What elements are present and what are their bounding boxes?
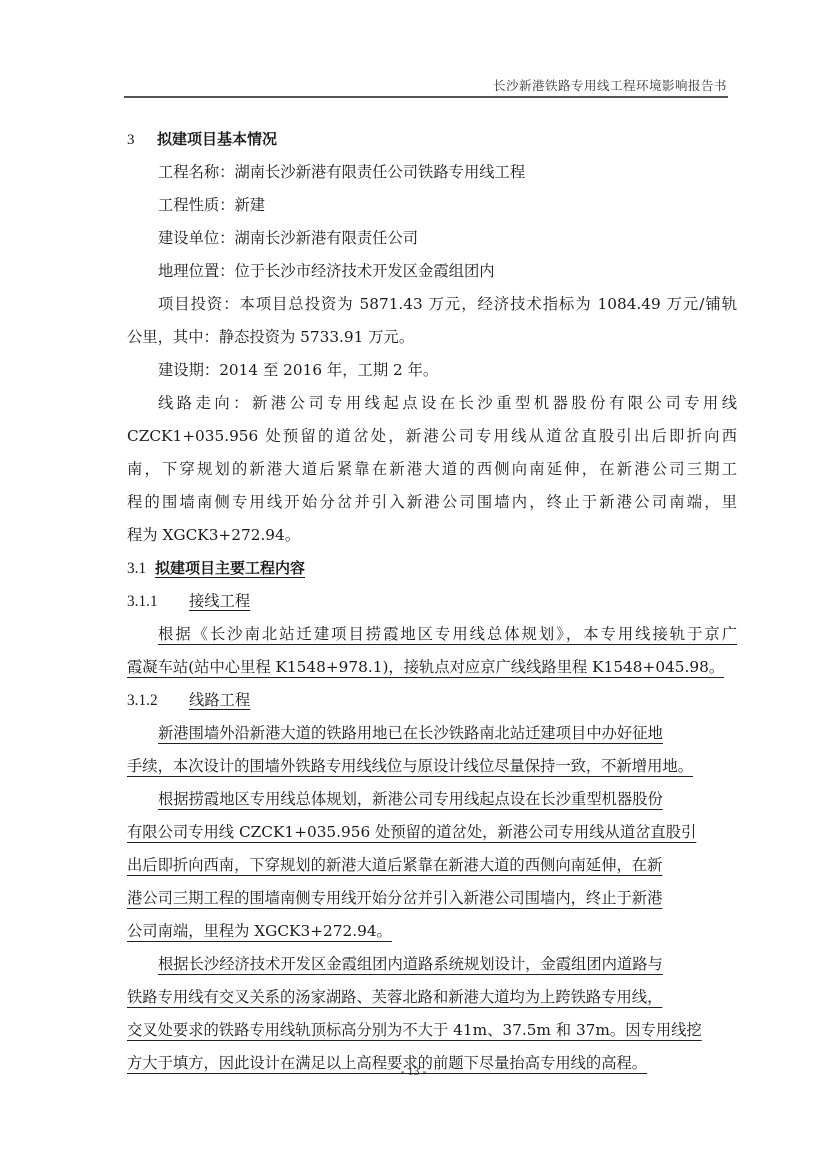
field-builder: 建设单位：湖南长沙新港有限责任公司 xyxy=(127,222,737,255)
section-heading-3-1: 3.1拟建项目主要工程内容 xyxy=(127,552,737,585)
underlined-text: 有限公司专用线 CZCK1+035.956 处预留的道岔处，新港公司专用线从道岔… xyxy=(127,823,696,841)
section-title: 接线工程 xyxy=(189,592,250,610)
section-heading-3: 3拟建项目基本情况 xyxy=(127,123,737,156)
field-project-name: 工程名称：湖南长沙新港有限责任公司铁路专用线工程 xyxy=(127,156,737,189)
underlined-text: 新港围墙外沿新港大道的铁路用地已在长沙铁路南北站迁建项目中办好征地 xyxy=(158,724,663,742)
underlined-text: 公司南端，里程为 XGCK3+272.94。 xyxy=(127,922,392,940)
underlined-text: 铁路专用线有交叉关系的汤家湖路、芙蓉北路和新港大道均为上跨铁路专用线， xyxy=(127,988,662,1006)
investment-line-2: 公里，其中：静态投资为 5733.91 万元。 xyxy=(127,321,737,354)
route-work-p2-line-5: 公司南端，里程为 XGCK3+272.94。 xyxy=(127,915,737,948)
underlined-text: 交叉处要求的铁路专用线轨顶标高分别为不大于 41m、37.5m 和 37m。因专… xyxy=(127,1021,702,1039)
route-line-3: 南，下穿规划的新港大道后紧靠在新港大道的西侧向南延伸，在新港公司三期工 xyxy=(127,453,737,486)
running-header: 长沙新港铁路专用线工程环境影响报告书 xyxy=(124,76,727,94)
underlined-text: 根据《长沙南北站迁建项目捞霞地区专用线总体规划》，本专用线接轨于京广 xyxy=(158,625,737,643)
document-page: 长沙新港铁路专用线工程环境影响报告书 3拟建项目基本情况 工程名称：湖南长沙新港… xyxy=(0,0,827,1169)
route-work-p3-line-1: 根据长沙经济技术开发区金霞组团内道路系统规划设计，金霞组团内道路与 xyxy=(127,948,737,981)
section-heading-3-1-2: 3.1.2线路工程 xyxy=(127,684,737,717)
underlined-text: 港公司三期工程的围墙南侧专用线开始分岔并引入新港公司围墙内，终止于新港 xyxy=(127,889,662,907)
route-work-p2-line-4: 港公司三期工程的围墙南侧专用线开始分岔并引入新港公司围墙内，终止于新港 xyxy=(127,882,737,915)
connection-line-1: 根据《长沙南北站迁建项目捞霞地区专用线总体规划》，本专用线接轨于京广 xyxy=(127,618,737,651)
underlined-text: 根据长沙经济技术开发区金霞组团内道路系统规划设计，金霞组团内道路与 xyxy=(158,955,663,973)
investment-line-1: 项目投资：本项目总投资为 5871.43 万元，经济技术指标为 1084.49 … xyxy=(127,288,737,321)
route-line-4: 程的围墙南侧专用线开始分岔并引入新港公司围墙内，终止于新港公司南端，里 xyxy=(127,486,737,519)
section-title: 线路工程 xyxy=(189,691,250,709)
route-work-p1-line-2: 手续，本次设计的围墙外铁路专用线线位与原设计线位尽量保持一致，不新增用地。 xyxy=(127,750,737,783)
route-line-1: 线路走向：新港公司专用线起点设在长沙重型机器股份有限公司专用线 xyxy=(127,387,737,420)
route-line-2: CZCK1+035.956 处预留的道岔处，新港公司专用线从道岔直股引出后即折向… xyxy=(127,420,737,453)
document-body: 3拟建项目基本情况 工程名称：湖南长沙新港有限责任公司铁路专用线工程 工程性质：… xyxy=(127,123,737,1080)
header-divider xyxy=(124,96,728,98)
underlined-text: 霞凝车站(站中心里程 K1548+978.1)，接轨点对应京广线线路里程 K15… xyxy=(127,658,724,676)
section-number: 3 xyxy=(127,124,157,157)
section-number: 3.1.1 xyxy=(127,585,189,618)
route-line-5: 程为 XGCK3+272.94。 xyxy=(127,519,737,552)
route-work-p3-line-3: 交叉处要求的铁路专用线轨顶标高分别为不大于 41m、37.5m 和 37m。因专… xyxy=(127,1014,737,1047)
section-heading-3-1-1: 3.1.1接线工程 xyxy=(127,585,737,618)
route-work-p3-line-2: 铁路专用线有交叉关系的汤家湖路、芙蓉北路和新港大道均为上跨铁路专用线， xyxy=(127,981,737,1014)
field-location: 地理位置：位于长沙市经济技术开发区金霞组团内 xyxy=(127,255,737,288)
route-work-p2-line-2: 有限公司专用线 CZCK1+035.956 处预留的道岔处，新港公司专用线从道岔… xyxy=(127,816,737,849)
field-project-nature: 工程性质：新建 xyxy=(127,189,737,222)
section-number: 3.1.2 xyxy=(127,684,189,717)
page-number: - 13 - xyxy=(0,1064,827,1079)
section-title: 拟建项目主要工程内容 xyxy=(155,559,305,577)
route-work-p2-line-3: 出后即折向西南，下穿规划的新港大道后紧靠在新港大道的西侧向南延伸，在新 xyxy=(127,849,737,882)
section-title: 拟建项目基本情况 xyxy=(157,130,277,148)
underlined-text: 出后即折向西南，下穿规划的新港大道后紧靠在新港大道的西侧向南延伸，在新 xyxy=(127,856,662,874)
route-work-p1-line-1: 新港围墙外沿新港大道的铁路用地已在长沙铁路南北站迁建项目中办好征地 xyxy=(127,717,737,750)
underlined-text: 手续，本次设计的围墙外铁路专用线线位与原设计线位尽量保持一致，不新增用地。 xyxy=(127,757,693,775)
route-work-p2-line-1: 根据捞霞地区专用线总体规划，新港公司专用线起点设在长沙重型机器股份 xyxy=(127,783,737,816)
connection-line-2: 霞凝车站(站中心里程 K1548+978.1)，接轨点对应京广线线路里程 K15… xyxy=(127,651,737,684)
construction-period: 建设期：2014 至 2016 年，工期 2 年。 xyxy=(127,354,737,387)
section-number: 3.1 xyxy=(127,552,155,585)
underlined-text: 根据捞霞地区专用线总体规划，新港公司专用线起点设在长沙重型机器股份 xyxy=(158,790,663,808)
